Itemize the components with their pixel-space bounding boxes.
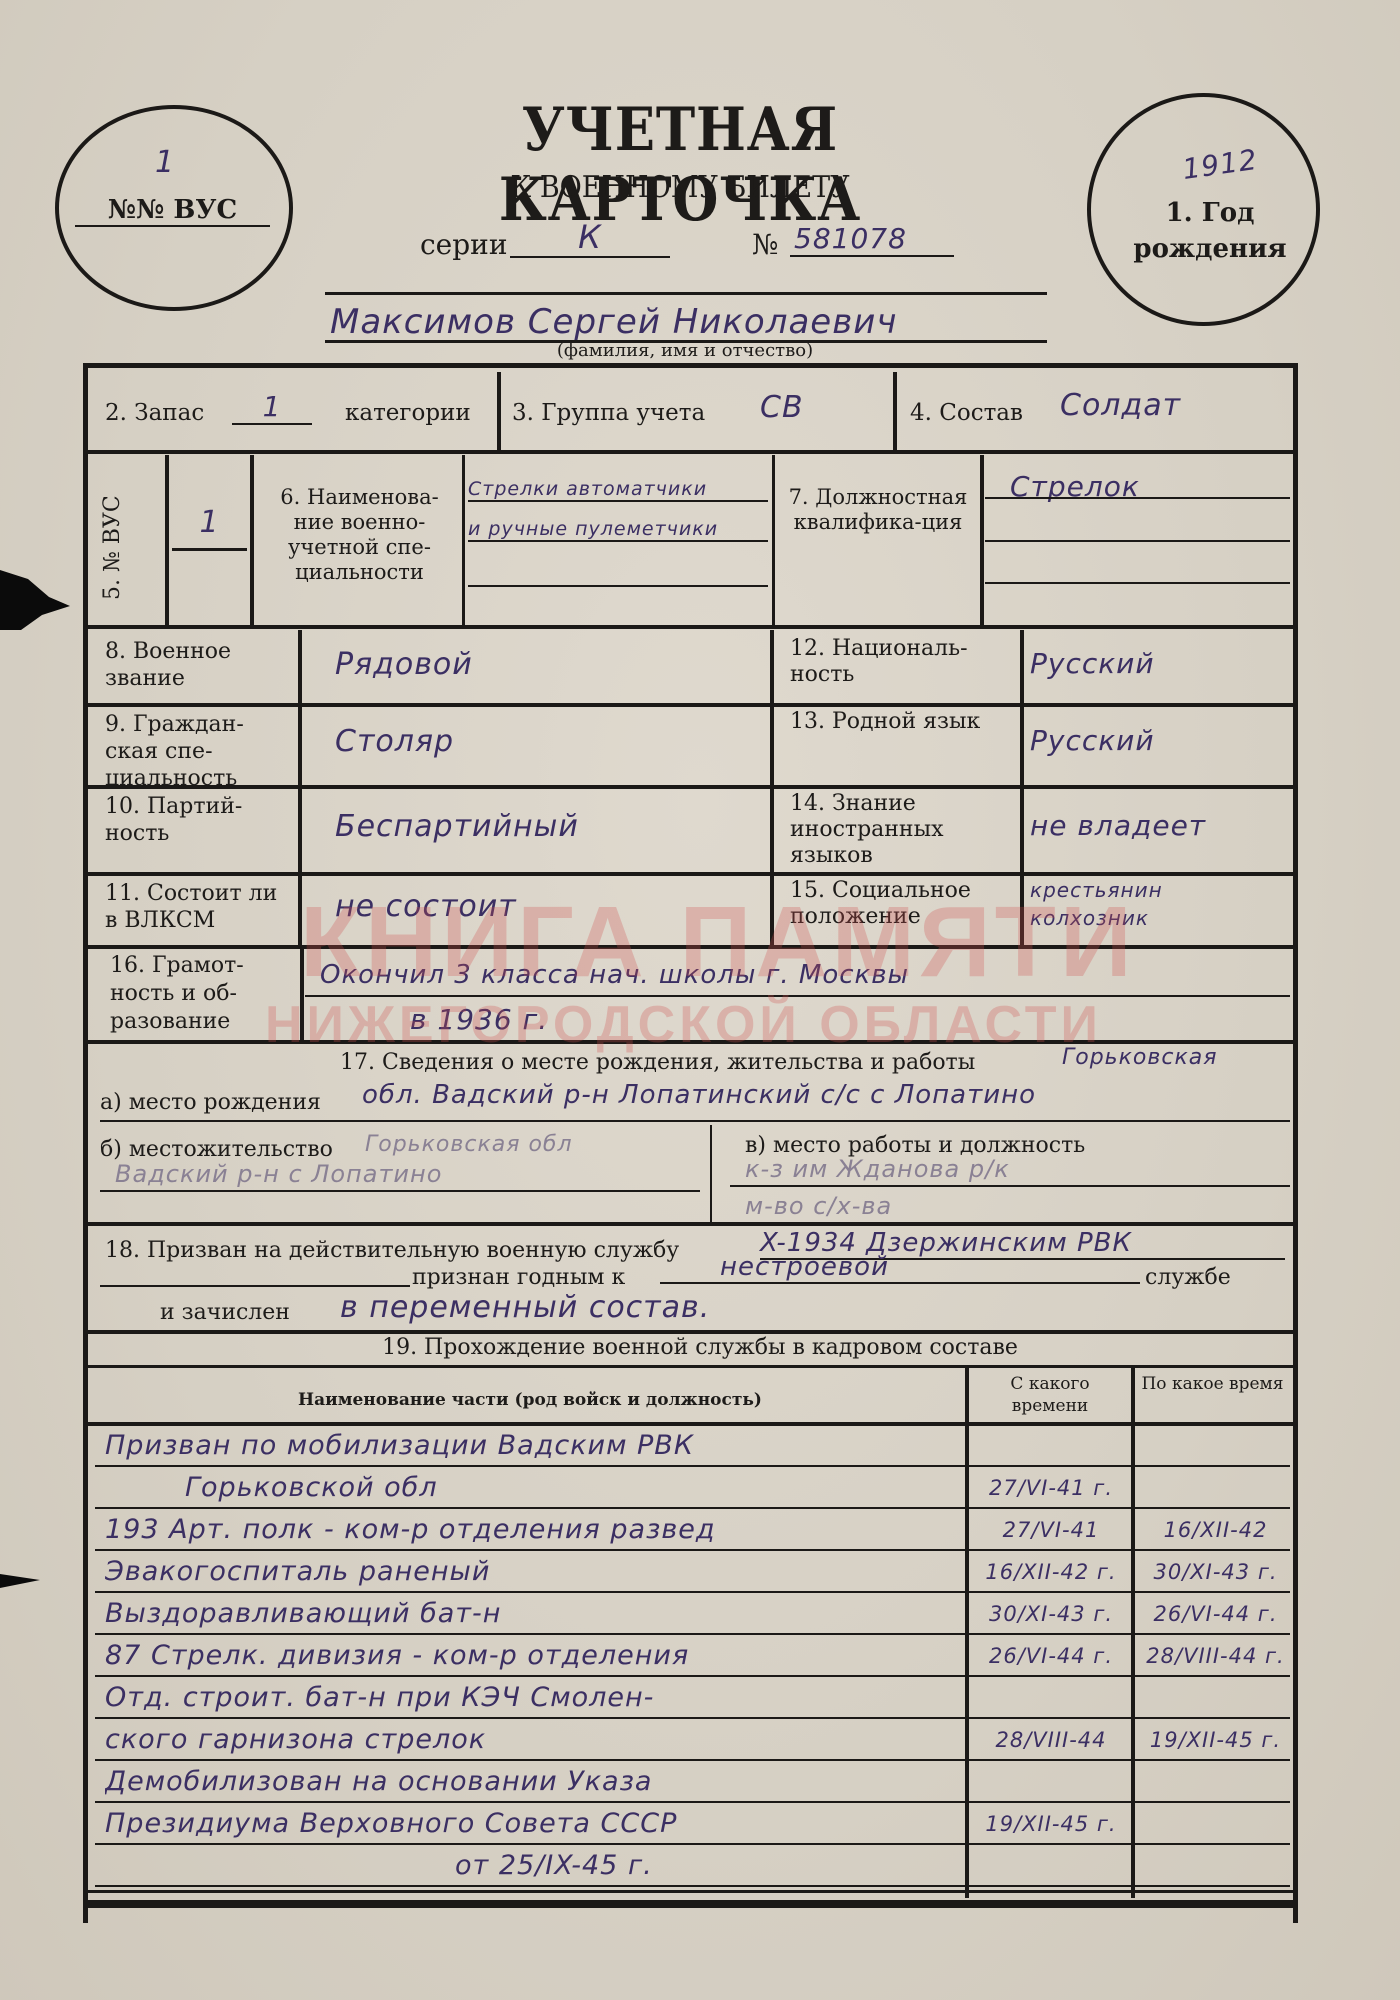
service-unit: Демобилизован на основании Указа bbox=[105, 1766, 955, 1797]
divider bbox=[770, 785, 774, 872]
divider bbox=[497, 372, 501, 450]
service-from: 27/VI-41 г. bbox=[972, 1476, 1130, 1500]
divider bbox=[980, 455, 984, 625]
qual-rule-2 bbox=[985, 540, 1290, 542]
enrolled-label: и зачислен bbox=[160, 1300, 290, 1325]
residence-rule bbox=[100, 1190, 700, 1192]
edu-rule bbox=[305, 995, 1290, 997]
service-unit: 87 Стрелк. дивизия - ком-р отделения bbox=[105, 1640, 955, 1671]
enrolled-value: в переменный состав. bbox=[340, 1290, 710, 1325]
field-value: Столяр bbox=[335, 724, 454, 759]
frame-bottom bbox=[83, 1890, 1298, 1893]
service-from: 27/VI-41 bbox=[972, 1518, 1130, 1542]
field-value: не состоит bbox=[335, 889, 517, 924]
number-value: 581078 bbox=[790, 222, 954, 257]
series-value: К bbox=[510, 218, 670, 258]
birthplace-value: обл. Вадский р-н Лопатинский с/с с Лопат… bbox=[362, 1080, 1036, 1110]
row-rule bbox=[88, 1040, 1293, 1044]
residence-line-1: Горьковская обл bbox=[365, 1132, 573, 1157]
name-top-rule bbox=[325, 292, 1047, 295]
frame-left bbox=[83, 363, 88, 1923]
field-label: 8. Военное звание bbox=[105, 638, 295, 692]
number-label: № bbox=[752, 228, 779, 261]
group-value: СВ bbox=[760, 390, 804, 425]
row-rule bbox=[95, 1549, 1290, 1551]
service-unit: от 25/IX-45 г. bbox=[455, 1850, 955, 1881]
divider bbox=[1020, 630, 1024, 703]
composition-value: Солдат bbox=[1060, 388, 1181, 423]
specialty-label: 6. Наименова-ние военно-учетной спе-циал… bbox=[262, 485, 457, 585]
service-to: 19/XII-45 г. bbox=[1138, 1728, 1293, 1752]
vus-circle-label: №№ ВУС bbox=[75, 195, 270, 227]
row-rule bbox=[88, 1365, 1293, 1368]
fit-rule-left bbox=[100, 1285, 410, 1287]
series-label: серии bbox=[420, 228, 508, 261]
row-rule bbox=[95, 1465, 1290, 1467]
divider bbox=[250, 455, 254, 625]
field-right-label: 14. Знание иностранных языков bbox=[790, 791, 1015, 869]
divider bbox=[710, 1125, 712, 1225]
row-rule bbox=[95, 1591, 1290, 1593]
frame-bottom-thick bbox=[83, 1900, 1298, 1908]
qual-rule-3 bbox=[985, 582, 1290, 584]
row-rule bbox=[95, 1633, 1290, 1635]
row-rule bbox=[95, 1717, 1290, 1719]
watermark-line-2: НИЖЕГОРОДСКОЙ ОБЛАСТИ bbox=[265, 995, 1102, 1055]
education-line-2: в 1936 г. bbox=[410, 1003, 548, 1036]
reserve-value: 1 bbox=[232, 390, 312, 425]
education-line-1: Окончил 3 класса нач. школы г. Москвы bbox=[320, 960, 909, 990]
divider bbox=[165, 455, 169, 625]
row-rule bbox=[95, 1759, 1290, 1761]
frame-right bbox=[1293, 363, 1298, 1923]
full-name-caption: (фамилия, имя и отчество) bbox=[500, 340, 870, 361]
service-unit: Выздоравливающий бат-н bbox=[105, 1598, 955, 1629]
full-name: Максимов Сергей Николаевич bbox=[330, 302, 1050, 342]
divider bbox=[770, 630, 774, 703]
work-line-2: м-во с/х-ва bbox=[745, 1192, 892, 1220]
specialty-line-2: и ручные пулеметчики bbox=[468, 518, 768, 542]
field-label: 9. Граждан-ская спе-циальность bbox=[105, 711, 295, 792]
field-value: Беспартийный bbox=[335, 809, 579, 844]
divider bbox=[770, 872, 774, 945]
field-label: 10. Партий-ность bbox=[105, 793, 295, 847]
service-unit: Призван по мобилизации Вадским РВК bbox=[105, 1430, 955, 1461]
row-rule bbox=[88, 1222, 1293, 1226]
birth-year-label-2: рождения bbox=[1110, 234, 1310, 264]
service-unit: Отд. строит. бат-н при КЭЧ Смолен- bbox=[105, 1682, 955, 1713]
residence-label: б) местожительство bbox=[100, 1137, 333, 1162]
service-from: 19/XII-45 г. bbox=[972, 1812, 1130, 1836]
divider bbox=[298, 630, 302, 703]
service-unit: ского гарнизона стрелок bbox=[105, 1724, 955, 1755]
service-to: 28/VIII-44 г. bbox=[1138, 1644, 1293, 1668]
specialty-line-1: Стрелки автоматчики bbox=[468, 478, 768, 502]
row-rule bbox=[88, 945, 1293, 949]
row-rule bbox=[95, 1801, 1290, 1803]
section19-title: 19. Прохождение военной службы в кадрово… bbox=[250, 1335, 1150, 1360]
page-title: УЧЕТНАЯ КАРТОЧКА bbox=[407, 95, 953, 235]
fit-label: признан годным к bbox=[412, 1265, 625, 1290]
col-unit-header: Наименование части (род войск и должност… bbox=[100, 1390, 960, 1410]
row-rule bbox=[95, 1675, 1290, 1677]
vus-value: 1 bbox=[172, 505, 247, 540]
col-to-header: По какое время bbox=[1135, 1373, 1290, 1395]
divider bbox=[1020, 703, 1024, 785]
field-right-value: Русский bbox=[1030, 647, 1285, 681]
residence-line-2: Вадский р-н с Лопатино bbox=[115, 1160, 442, 1188]
section17-title: 17. Сведения о месте рождения, жительств… bbox=[340, 1050, 975, 1075]
row-rule bbox=[88, 785, 1293, 789]
field-right-label: 13. Родной язык bbox=[790, 709, 1015, 735]
row-rule bbox=[95, 1885, 1290, 1887]
field-right-value: крестьянин колхозник bbox=[1030, 876, 1285, 932]
field-value: Рядовой bbox=[335, 647, 473, 682]
group-label: 3. Группа учета bbox=[512, 400, 705, 426]
fit-value: нестроевой bbox=[660, 1252, 1140, 1284]
torn-edge-small bbox=[0, 1570, 40, 1590]
header-bottom-rule bbox=[88, 1422, 1293, 1426]
divider bbox=[298, 785, 302, 872]
service-unit: Президиума Верховного Совета СССР bbox=[105, 1808, 955, 1839]
vus-label: 5. № ВУС bbox=[100, 495, 125, 600]
col-from-header: С какого времени bbox=[975, 1373, 1125, 1417]
composition-label: 4. Состав bbox=[910, 400, 1023, 426]
field-right-value: Русский bbox=[1030, 724, 1285, 758]
row-rule bbox=[95, 1843, 1290, 1845]
divider bbox=[298, 703, 302, 785]
vus-rule bbox=[172, 548, 247, 551]
qualification-label: 7. Должностная квалифика-ция bbox=[778, 485, 978, 535]
field-right-value: не владеет bbox=[1030, 809, 1285, 843]
qual-rule-1 bbox=[985, 497, 1290, 499]
work-line-1: к-з им Жданова р/к bbox=[745, 1155, 1010, 1183]
birth-year-label-1: 1. Год bbox=[1110, 198, 1310, 228]
reserve-suffix: категории bbox=[345, 400, 471, 426]
drafted-label: 18. Призван на действительную военную сл… bbox=[105, 1238, 679, 1263]
service-to: 26/VI-44 г. bbox=[1138, 1602, 1293, 1626]
divider bbox=[462, 455, 465, 625]
row-rule bbox=[88, 1330, 1293, 1334]
field-right-label: 15. Социальное положение bbox=[790, 878, 1015, 930]
divider bbox=[298, 872, 302, 945]
service-from: 16/XII-42 г. bbox=[972, 1560, 1130, 1584]
divider bbox=[772, 455, 775, 625]
divider bbox=[300, 945, 304, 1040]
field-label: 11. Состоит ли в ВЛКСМ bbox=[105, 880, 295, 934]
row-rule bbox=[88, 703, 1293, 707]
row-rule bbox=[95, 1507, 1290, 1509]
birthplace-label: а) место рождения bbox=[100, 1090, 321, 1115]
service-to: 16/XII-42 bbox=[1138, 1518, 1293, 1542]
education-label: 16. Грамот-ность и об-разование bbox=[110, 952, 295, 1036]
birthplace-rule bbox=[100, 1120, 1290, 1122]
row-rule bbox=[88, 625, 1293, 629]
row-rule bbox=[88, 450, 1293, 454]
page-subtitle: К ВОЕННОМУ БИЛЕТУ bbox=[464, 170, 896, 205]
divider bbox=[893, 372, 897, 450]
service-unit: 193 Арт. полк - ком-р отделения развед bbox=[105, 1514, 955, 1545]
service-from: 28/VIII-44 bbox=[972, 1728, 1130, 1752]
work-rule bbox=[730, 1185, 1290, 1187]
divider bbox=[770, 703, 774, 785]
torn-edge bbox=[0, 570, 70, 630]
fit-suffix: службе bbox=[1145, 1265, 1231, 1290]
vus-circle-value: 1 bbox=[140, 145, 190, 180]
divider bbox=[1020, 872, 1024, 945]
divider bbox=[1020, 785, 1024, 872]
service-from: 26/VI-44 г. bbox=[972, 1644, 1130, 1668]
section17-title-value: Горьковская bbox=[1062, 1045, 1217, 1070]
service-to: 30/XI-43 г. bbox=[1138, 1560, 1293, 1584]
field-right-label: 12. Националь-ность bbox=[790, 636, 1015, 688]
reserve-label: 2. Запас bbox=[105, 400, 204, 426]
specialty-rule-3 bbox=[468, 585, 768, 587]
service-unit: Эвакогоспиталь раненый bbox=[105, 1556, 955, 1587]
frame-top bbox=[83, 363, 1298, 368]
service-from: 30/XI-43 г. bbox=[972, 1602, 1130, 1626]
service-unit: Горьковской обл bbox=[185, 1472, 955, 1503]
